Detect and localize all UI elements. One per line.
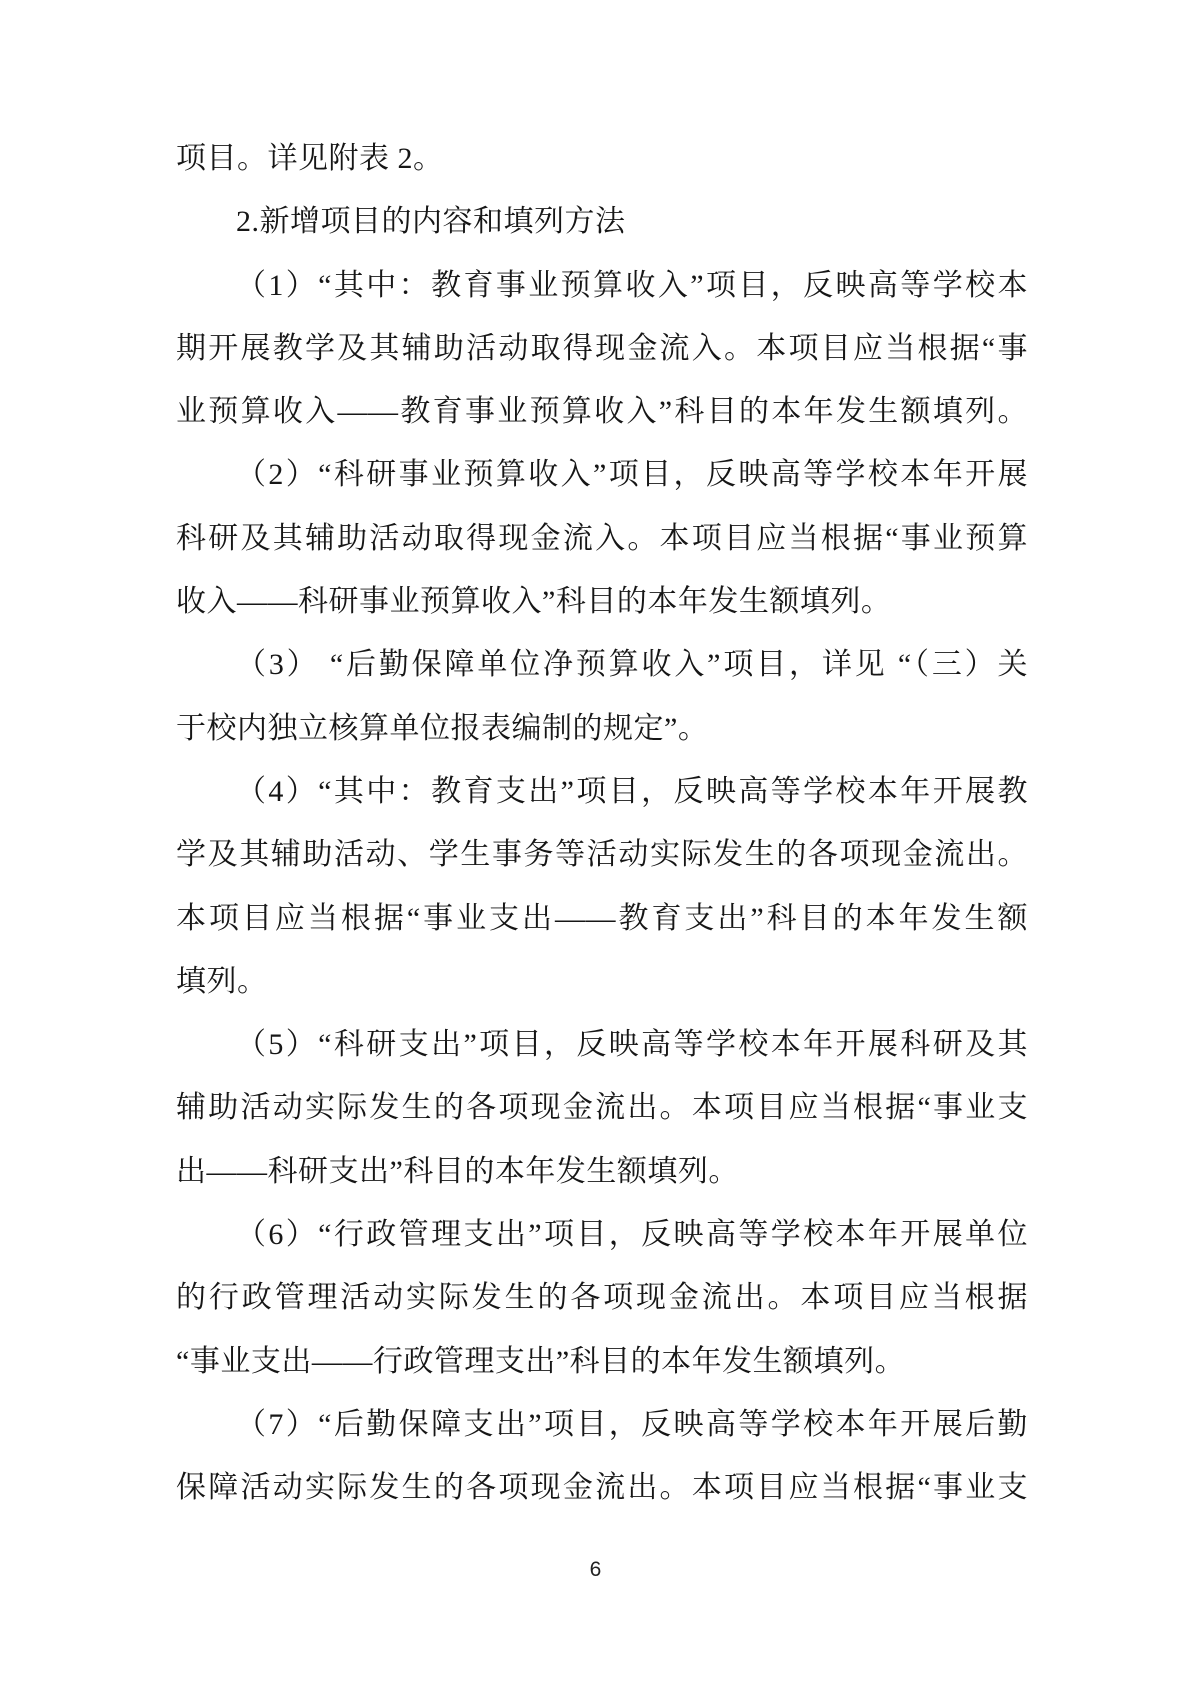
text-line: 出——科研支出”科目的本年发生额填列。 [176,1140,1028,1203]
document-body: 项目。详见附表 2。2.新增项目的内容和填列方法（1）“其中：教育事业预算收入”… [176,127,1028,1520]
text-line: 的行政管理活动实际发生的各项现金流出。本项目应当根据 [176,1266,1028,1329]
text-line: 2.新增项目的内容和填列方法 [176,190,1028,253]
document-page: 项目。详见附表 2。2.新增项目的内容和填列方法（1）“其中：教育事业预算收入”… [0,0,1191,1684]
text-line: （6）“行政管理支出”项目，反映高等学校本年开展单位 [176,1203,1028,1266]
paragraph: 项目。详见附表 2。 [176,127,1028,190]
paragraph: （6）“行政管理支出”项目，反映高等学校本年开展单位的行政管理活动实际发生的各项… [176,1203,1028,1393]
text-line: 科研及其辅助活动取得现金流入。本项目应当根据“事业预算 [176,507,1028,570]
page-footer: 6 [0,1558,1191,1582]
paragraph: （2）“科研事业预算收入”项目，反映高等学校本年开展科研及其辅助活动取得现金流入… [176,443,1028,633]
paragraph: （1）“其中：教育事业预算收入”项目，反映高等学校本期开展教学及其辅助活动取得现… [176,254,1028,444]
text-line: （2）“科研事业预算收入”项目，反映高等学校本年开展 [176,443,1028,506]
text-line: “事业支出——行政管理支出”科目的本年发生额填列。 [176,1330,1028,1393]
text-line: 收入——科研事业预算收入”科目的本年发生额填列。 [176,570,1028,633]
paragraph: （5）“科研支出”项目，反映高等学校本年开展科研及其辅助活动实际发生的各项现金流… [176,1013,1028,1203]
text-line: 学及其辅助活动、学生事务等活动实际发生的各项现金流出。 [176,823,1028,886]
text-line: （7）“后勤保障支出”项目，反映高等学校本年开展后勤 [176,1393,1028,1456]
paragraph: 2.新增项目的内容和填列方法 [176,190,1028,253]
text-line: 填列。 [176,950,1028,1013]
text-line: 业预算收入——教育事业预算收入”科目的本年发生额填列。 [176,380,1028,443]
text-line: （5）“科研支出”项目，反映高等学校本年开展科研及其 [176,1013,1028,1076]
text-line: 于校内独立核算单位报表编制的规定”。 [176,697,1028,760]
text-line: （3） “后勤保障单位净预算收入”项目，详见 “（三）关 [176,633,1028,696]
text-line: （1）“其中：教育事业预算收入”项目，反映高等学校本 [176,254,1028,317]
text-line: 期开展教学及其辅助活动取得现金流入。本项目应当根据“事 [176,317,1028,380]
paragraph: （4）“其中：教育支出”项目，反映高等学校本年开展教学及其辅助活动、学生事务等活… [176,760,1028,1013]
paragraph: （3） “后勤保障单位净预算收入”项目，详见 “（三）关于校内独立核算单位报表编… [176,633,1028,760]
paragraph: （7）“后勤保障支出”项目，反映高等学校本年开展后勤保障活动实际发生的各项现金流… [176,1393,1028,1520]
text-line: 保障活动实际发生的各项现金流出。本项目应当根据“事业支 [176,1456,1028,1519]
text-line: （4）“其中：教育支出”项目，反映高等学校本年开展教 [176,760,1028,823]
text-line: 辅助活动实际发生的各项现金流出。本项目应当根据“事业支 [176,1076,1028,1139]
page-number: 6 [590,1558,602,1581]
text-line: 本项目应当根据“事业支出——教育支出”科目的本年发生额 [176,887,1028,950]
text-line: 项目。详见附表 2。 [176,127,1028,190]
